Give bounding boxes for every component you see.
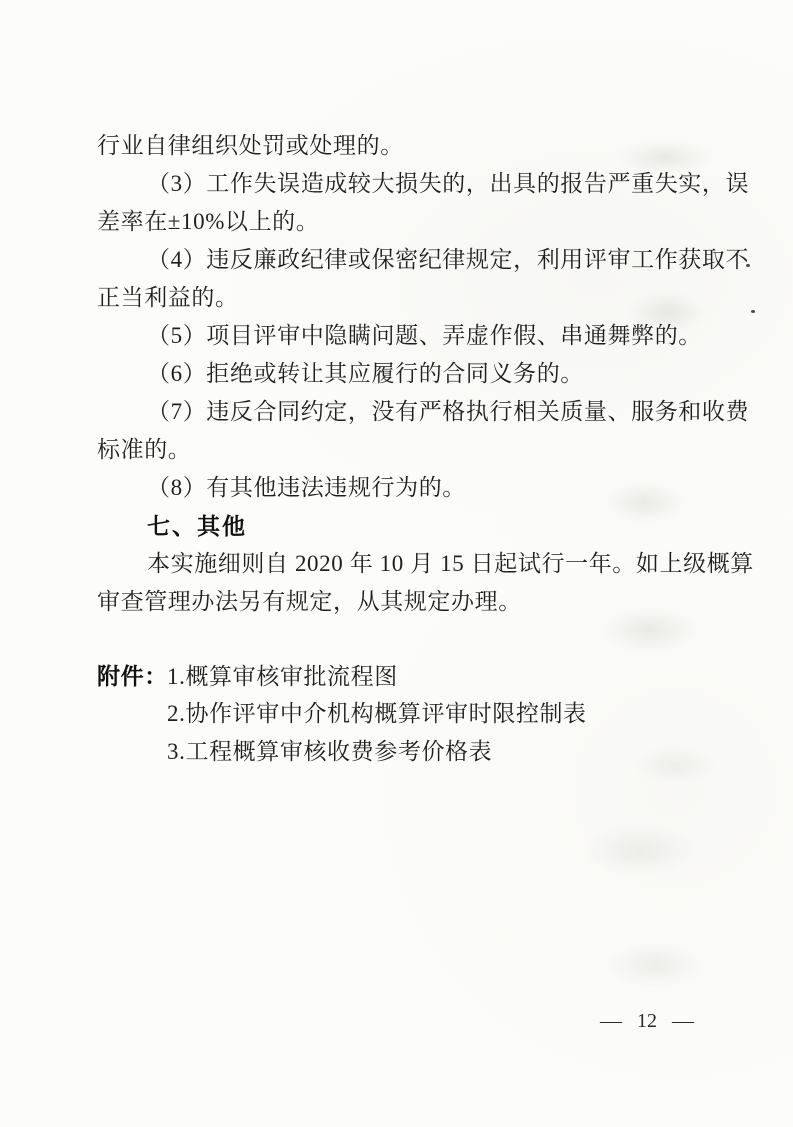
clause-3-line: （3）工作失误造成较大损失的，出具的报告严重失实，误 [97, 165, 715, 203]
attachment-row-2: 2.协作评审中介机构概算评审时限控制表 [97, 695, 715, 733]
effective-date-line: 本实施细则自 2020 年 10 月 15 日起试行一年。如上级概算 [97, 545, 715, 583]
attachment-row-3: 3.工程概算审核收费参考价格表 [97, 733, 715, 771]
scan-smudge [565, 815, 715, 885]
clause-4-continuation: 正当利益的。 [97, 279, 715, 317]
clause-3-continuation: 差率在±10%以上的。 [97, 203, 715, 241]
attachment-item-3: 3.工程概算审核收费参考价格表 [167, 739, 492, 764]
document-body: 行业自律组织处罚或处理的。 （3）工作失误造成较大损失的，出具的报告严重失实，误… [97, 127, 715, 771]
attachment-item-1: 1.概算审核审批流程图 [167, 664, 398, 689]
footer-left-dash: — [600, 1010, 622, 1033]
attachment-item-2: 2.协作评审中介机构概算评审时限控制表 [167, 701, 587, 726]
scanned-document-page: 行业自律组织处罚或处理的。 （3）工作失误造成较大损失的，出具的报告严重失实，误… [0, 0, 793, 1127]
clause-4-line: （4）违反廉政纪律或保密纪律规定，利用评审工作获取不 [97, 241, 715, 279]
attachment-row-1: 附件：1.概算审核审批流程图 [97, 657, 715, 695]
effective-date-continuation: 审查管理办法另有规定，从其规定办理。 [97, 583, 715, 621]
clause-7-line: （7）违反合同约定，没有严格执行相关质量、服务和收费 [97, 393, 715, 431]
clause-6-line: （6）拒绝或转让其应履行的合同义务的。 [97, 355, 715, 393]
page-number-footer: — 12 — [601, 1010, 693, 1033]
attachments-label: 附件： [97, 657, 167, 695]
clause-5-line: （5）项目评审中隐瞒问题、弄虚作假、串通舞弊的。 [97, 317, 715, 355]
clause-7-continuation: 标准的。 [97, 431, 715, 469]
page-number: 12 [637, 1010, 657, 1033]
section-heading-others: 七、其他 [97, 507, 715, 545]
paragraph-line: 行业自律组织处罚或处理的。 [97, 127, 715, 165]
scan-smudge [590, 935, 720, 995]
clause-8-line: （8）有其他违法违规行为的。 [97, 469, 715, 507]
footer-right-dash: — [672, 1010, 694, 1033]
scan-speck [751, 310, 755, 313]
attachments-section: 附件：1.概算审核审批流程图 2.协作评审中介机构概算评审时限控制表 3.工程概… [97, 657, 715, 771]
